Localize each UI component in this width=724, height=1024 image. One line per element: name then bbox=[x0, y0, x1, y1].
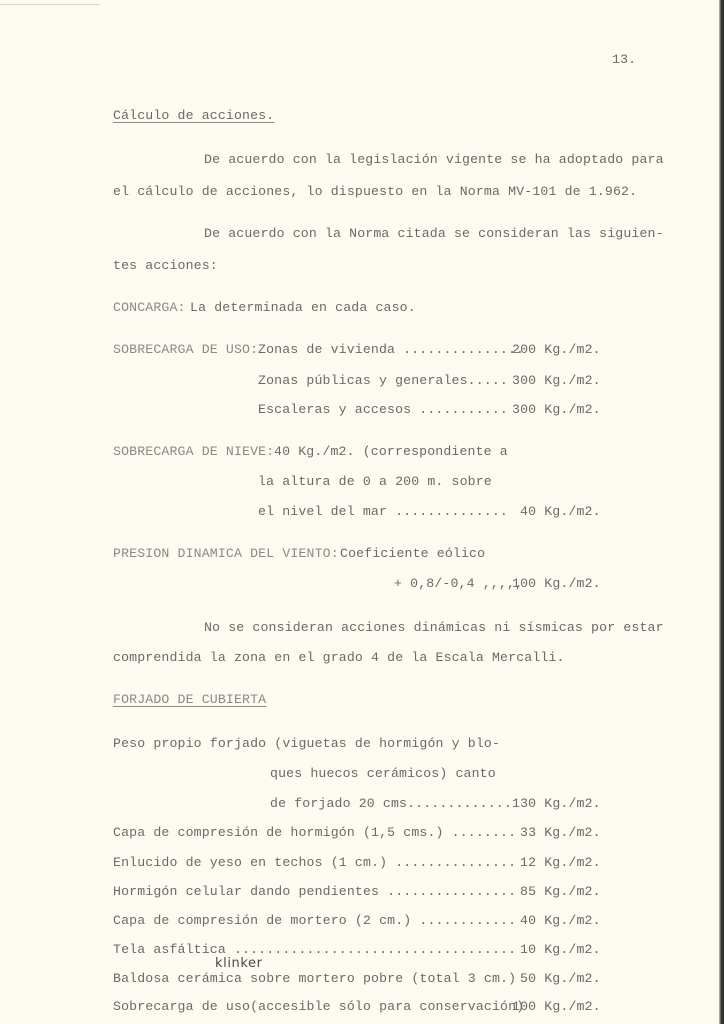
item-value-3: 85 Kg./m2. bbox=[520, 884, 601, 900]
item-value-7: 100 Kg./m2. bbox=[512, 999, 601, 1015]
scan-artifact-line bbox=[0, 4, 100, 5]
sobrecarga-uso-value-3: 300 Kg./m2. bbox=[512, 402, 601, 418]
nieve-line-3: el nivel del mar .............. bbox=[258, 504, 508, 520]
paragraph-3-line-1: No se consideran acciones dinámicas ni s… bbox=[204, 620, 664, 636]
paragraph-3-line-2: comprendida la zona en el grado 4 de la … bbox=[113, 650, 565, 666]
item-row-2: Enlucido de yeso en techos (1 cm.) .....… bbox=[113, 855, 516, 871]
viento-line-2: + 0,8/-0,4 ,,,,, bbox=[394, 576, 523, 592]
peso-line-2: ques huecos cerámicos) canto bbox=[270, 766, 496, 782]
peso-line-1: Peso propio forjado (viguetas de hormigó… bbox=[113, 736, 500, 752]
item-value-1: 33 Kg./m2. bbox=[520, 825, 601, 841]
sobrecarga-uso-row-1: Zonas de vivienda ............... bbox=[258, 342, 524, 358]
item-row-1: Capa de compresión de hormigón (1,5 cms.… bbox=[113, 825, 516, 841]
item-value-2: 12 Kg./m2. bbox=[520, 855, 601, 871]
paragraph-1-line-1: De acuerdo con la legislación vigente se… bbox=[204, 152, 664, 168]
paragraph-2-line-1: De acuerdo con la Norma citada se consid… bbox=[204, 226, 664, 242]
sobrecarga-uso-value-1: 200 Kg./m2. bbox=[512, 342, 601, 358]
item-row-7: Sobrecarga de uso(accesible sólo para co… bbox=[113, 999, 524, 1015]
sobrecarga-uso-row-2: Zonas públicas y generales..... bbox=[258, 373, 508, 389]
item-row-4: Capa de compresión de mortero (2 cm.) ..… bbox=[113, 913, 516, 929]
nieve-label: SOBRECARGA DE NIEVE: bbox=[113, 444, 274, 460]
item-row-6: Baldosa cerámica sobre mortero pobre (to… bbox=[113, 971, 516, 987]
paragraph-2-line-2: tes acciones: bbox=[113, 258, 218, 274]
peso-line-3: de forjado 20 cms............. bbox=[270, 796, 512, 812]
concarga-label: CONCARGA: bbox=[113, 300, 186, 316]
item-value-4: 40 Kg./m2. bbox=[520, 913, 601, 929]
concarga-text: La determinada en cada caso. bbox=[190, 300, 416, 316]
viento-label: PRESION DINAMICA DEL VIENTO: bbox=[113, 546, 339, 562]
viento-line-1: Coeficiente eólico bbox=[340, 546, 485, 562]
section-title-forjado: FORJADO DE CUBIERTA bbox=[113, 692, 266, 708]
peso-value: 130 Kg./m2. bbox=[512, 796, 601, 812]
item-value-6: 50 Kg./m2. bbox=[520, 971, 601, 987]
section-title-calculo: Cálculo de acciones. bbox=[113, 108, 274, 124]
sobrecarga-uso-value-2: 300 Kg./m2. bbox=[512, 373, 601, 389]
viento-value: 100 Kg./m2. bbox=[512, 576, 601, 592]
paragraph-1-line-2: el cálculo de acciones, lo dispuesto en … bbox=[113, 184, 637, 200]
scan-edge-shadow bbox=[719, 0, 724, 1024]
sobrecarga-uso-label: SOBRECARGA DE USO: bbox=[113, 342, 258, 358]
item-row-5: Tela asfáltica .........................… bbox=[113, 942, 516, 958]
item-value-5: 10 Kg./m2. bbox=[520, 942, 601, 958]
handwritten-note: klinker bbox=[215, 956, 263, 971]
nieve-value: 40 Kg./m2. bbox=[520, 504, 601, 520]
nieve-line-1: 40 Kg./m2. (correspondiente a bbox=[274, 444, 508, 460]
nieve-line-2: la altura de 0 a 200 m. sobre bbox=[258, 474, 492, 490]
sobrecarga-uso-row-3: Escaleras y accesos ........... bbox=[258, 402, 508, 418]
item-row-3: Hormigón celular dando pendientes ......… bbox=[113, 884, 516, 900]
document-page: 13. Cálculo de acciones. De acuerdo con … bbox=[0, 0, 719, 1024]
page-number: 13. bbox=[612, 52, 636, 68]
